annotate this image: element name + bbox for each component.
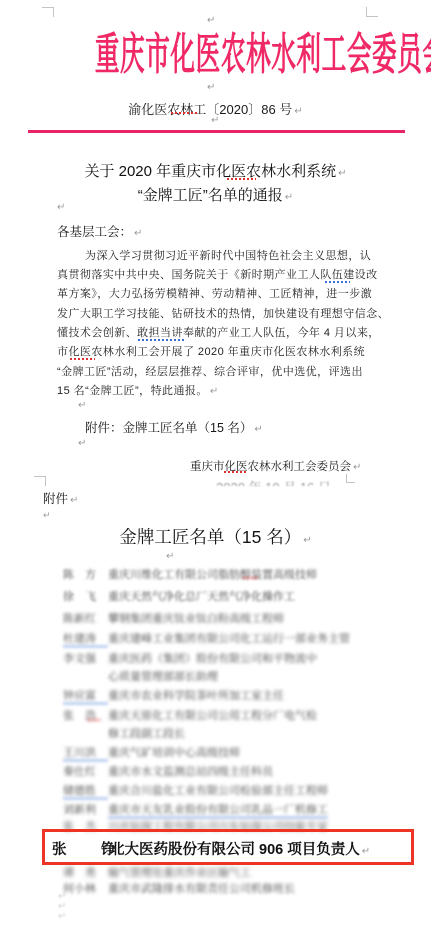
salutation-text: 各基层工会：: [57, 225, 132, 239]
laureate-row: 杜建涛重庆建峰工业集团有限公司化工运行一部业务主管: [63, 630, 350, 647]
laureate-org: 重庆川维化工有限公司脂肪醇装置高级技师: [108, 566, 317, 582]
pilcrow-mark-icon: ↵: [254, 424, 262, 435]
attachment-heading-text: 金牌工匠名单（15 名）: [119, 527, 301, 547]
body-line: 发广大职工学习技能、钻研技术的热情，加快建设有理想守信念、: [57, 305, 389, 321]
laureate-name: 张 浩: [63, 707, 108, 723]
laureate-name: 陈新红: [63, 610, 108, 626]
pilcrow-mark-icon: ↵: [294, 106, 302, 117]
doc-date: 2020 年 10 月 16 日: [216, 477, 331, 486]
margin-corner-mark: [366, 7, 378, 17]
page2-attachment-label: 附件↵: [43, 489, 78, 507]
letterhead-title: 重庆市化医农林水利工会委员会文件: [95, 28, 336, 82]
laureate-org: 重庆天然气净化总厂天然气净化操作工: [108, 588, 295, 604]
spellcheck-squiggle: [70, 358, 95, 360]
body-line-text: 15 名“金牌工匠”，特此通报。: [57, 385, 208, 397]
laureate-name: 钟应富: [63, 687, 108, 704]
grammar-squiggle: [325, 281, 350, 283]
body-line: 懂技术会创新、敢担当讲奉献的产业工人队伍，今年 4 月以来，: [57, 324, 380, 340]
laureate-org: 输气管理处重庆作业区输气工: [108, 864, 251, 880]
laureate-org: 重庆气矿培训中心高级技师: [108, 744, 240, 760]
laureate-name: 李文强: [63, 650, 108, 666]
notice-title-line1: 关于 2020 年重庆市化医农林水利系统↵: [0, 160, 431, 181]
page2-attachment-label-text: 附件: [43, 492, 68, 506]
red-separator-rule: [28, 130, 405, 133]
laureate-name: 储德胜: [63, 782, 108, 799]
pilcrow-mark-icon: ↵: [43, 510, 51, 521]
attachment-heading: 金牌工匠名单（15 名）↵: [0, 524, 431, 549]
pilcrow-mark-icon: ↵: [166, 551, 174, 562]
laureate-name: 谭 勇: [63, 864, 108, 880]
spellcheck-squiggle: [227, 178, 256, 180]
laureate-org: 重庆市天友乳业股份有限公司乳品一厂机修工: [108, 801, 328, 818]
pilcrow-mark-icon: ↵: [285, 192, 293, 203]
notice-title-line2-text: “金牌工匠”名单的通报: [138, 187, 283, 204]
margin-corner-mark: [34, 476, 46, 486]
laureate-name: 陈 方: [63, 566, 108, 582]
body-line: 革方案》，大力弘扬劳模精神、劳动精神、工匠精神，进一步激: [57, 285, 372, 301]
document-page: ↵ ↵ ↵ ↵ ↵ ↵ ↵ ↵ ↵ ↵ ↵ 重庆市化医农林水利工会委员会文件 渝…: [0, 0, 431, 927]
laureate-row: 刘新利重庆市天友乳业股份有限公司乳品一厂机修工: [63, 801, 328, 818]
pilcrow-mark-icon: ↵: [58, 911, 66, 922]
spellcheck-squiggle: [171, 112, 197, 114]
laureate-org-wrap: 修工段副工段长: [108, 725, 185, 741]
laureate-name: 刘新利: [63, 801, 108, 817]
doc-number: 渝化医农林工〔2020〕86 号↵: [0, 99, 431, 118]
pilcrow-mark-icon: ↵: [362, 846, 370, 857]
spellcheck-squiggle: [224, 471, 247, 473]
laureate-row: 何小林重庆市武隆排水有限责任公司机修班长: [63, 880, 295, 896]
doc-number-text: 渝化医农林工〔2020〕86 号: [128, 102, 292, 117]
laureate-name: 秦仕红: [63, 763, 108, 779]
pilcrow-mark-icon: ↵: [338, 168, 346, 179]
pilcrow-mark-icon: ↵: [353, 462, 361, 473]
laureate-org: 重庆医药（集团）股份有限公司和平物流中: [108, 650, 317, 666]
laureate-row: 陈 方重庆川维化工有限公司脂肪醇装置高级技师: [63, 566, 317, 582]
laureate-org: 重庆市武隆排水有限责任公司机修班长: [108, 880, 295, 896]
margin-corner-mark: [346, 474, 355, 483]
notice-title-line2: “金牌工匠”名单的通报↵: [0, 184, 431, 205]
laureate-row: 陈新红攀钢集团重庆钛业钛白粉高级工程师: [63, 610, 284, 626]
pilcrow-mark-icon: ↵: [70, 495, 78, 506]
laureate-row: 储德胜重庆合川盐化工业有限公司检验部主任工程师: [63, 782, 328, 799]
body-line: 15 名“金牌工匠”，特此通报。↵: [57, 382, 219, 398]
pilcrow-mark-icon: ↵: [207, 15, 215, 26]
spellcheck-squiggle: [243, 577, 258, 579]
pilcrow-mark-icon: ↵: [303, 535, 311, 546]
laureate-row: 徐 飞重庆天然气净化总厂天然气净化操作工: [63, 588, 295, 604]
margin-corner-mark: [42, 7, 54, 17]
laureate-name: 何小林: [63, 880, 108, 896]
attachment-note: 附件：金牌工匠名单（15 名）↵: [85, 418, 263, 436]
laureate-name: 徐 飞: [63, 588, 108, 604]
body-line: 为深入学习贯彻习近平新时代中国特色社会主义思想，认: [85, 247, 371, 263]
notice-title-line1-text: 关于 2020 年重庆市化医农林水利系统: [84, 163, 336, 180]
laureate-org: 重庆建峰工业集团有限公司化工运行一部业务主管: [108, 630, 350, 646]
laureate-org: 重庆天原化工有限公司公用工程分厂电气检: [108, 707, 317, 723]
pilcrow-mark-icon: ↵: [78, 438, 86, 449]
pilcrow-mark-icon: ↵: [207, 82, 215, 93]
pilcrow-mark-icon: ↵: [134, 228, 142, 239]
laureate-org: 攀钢集团重庆钛业钛白粉高级工程师: [108, 610, 284, 626]
signature: 重庆市化医农林水利工会委员会↵: [190, 458, 361, 474]
laureate-row: 谭 勇输气管理处重庆作业区输气工: [63, 864, 251, 880]
laureate-row: 张 浩重庆天原化工有限公司公用工程分厂电气检: [63, 707, 317, 723]
grammar-squiggle: [138, 339, 184, 341]
laureate-org: 北大医药股份有限公司 906 项目负责人: [110, 842, 360, 858]
highlighted-laureate-row: 张 铮北大医药股份有限公司 906 项目负责人↵: [52, 838, 370, 859]
laureate-row: 李文强重庆医药（集团）股份有限公司和平物流中: [63, 650, 317, 666]
spellcheck-squiggle: [88, 719, 101, 721]
signature-text: 重庆市化医农林水利工会委员会: [190, 461, 351, 473]
laureate-row: 钟应富重庆市农业科学院茶叶所加工室主任: [63, 687, 284, 704]
pilcrow-mark-icon: ↵: [210, 386, 219, 397]
laureate-org-wrap: 心质量管理部部长助理: [108, 668, 218, 684]
laureate-name: 王川洪: [63, 744, 108, 761]
laureate-row: 王川洪重庆气矿培训中心高级技师: [63, 744, 240, 761]
salutation: 各基层工会：↵: [57, 222, 142, 240]
body-line: “金牌工匠”活动，经层层推荐、综合评审，优中选优，评选出: [57, 363, 363, 379]
laureate-row: 秦仕红重庆市水文监测总站四级主任科员: [63, 763, 273, 779]
laureate-name: 杜建涛: [63, 630, 108, 647]
attachment-note-text: 附件：金牌工匠名单（15 名）: [85, 421, 252, 435]
laureate-org: 重庆市水文监测总站四级主任科员: [108, 763, 273, 779]
body-line: 真贯彻落实中共中央、国务院关于《新时期产业工人队伍建设改: [57, 266, 378, 282]
laureate-org: 重庆市农业科学院茶叶所加工室主任: [108, 687, 284, 703]
laureate-name: 张 铮: [52, 838, 110, 859]
pilcrow-mark-icon: ↵: [78, 400, 86, 411]
body-line: 市化医农林水利工会开展了 2020 年重庆市化医农林水利系统: [57, 343, 365, 359]
laureate-org: 重庆合川盐化工业有限公司检验部主任工程师: [108, 782, 328, 798]
